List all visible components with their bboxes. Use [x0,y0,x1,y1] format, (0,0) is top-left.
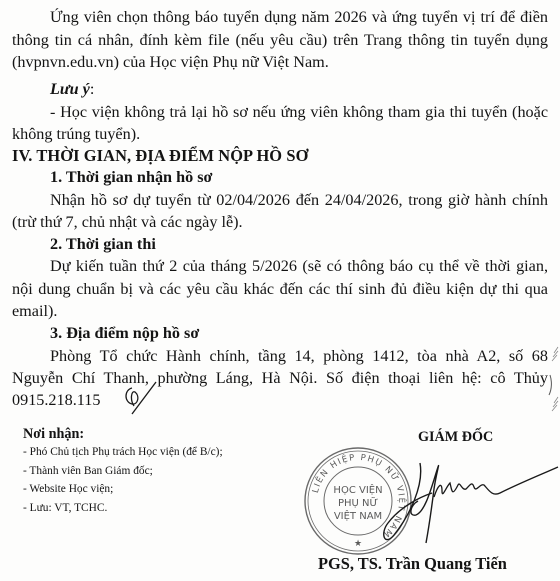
recipient-item: - Phó Chủ tịch Phụ trách Học viện (để B/… [23,443,223,462]
edge-marks-icon [540,345,560,415]
signer-title: GIÁM ĐỐC [418,428,493,446]
note-label-colon: : [90,80,95,98]
recipient-item: - Thành viên Ban Giám đốc; [23,462,223,481]
subsection-1-line-1: Nhận hồ sơ dự tuyển từ 02/04/2026 đến 24… [50,189,548,211]
note-line-2: không trúng tuyển). [12,123,548,145]
note-label: Lưu ý: [50,78,548,100]
subsection-1-line-2: (trừ thứ 7, chủ nhật và các ngày lễ). [12,211,548,233]
subsection-title-3: 3. Địa điểm nộp hồ sơ [50,322,548,344]
recipients-title: Nơi nhận: [23,425,223,443]
recipient-item: - Lưu: VT, TCHC. [23,499,223,518]
subsection-3-line-2: Nguyễn Chí Thanh, phường Láng, Hà Nội. S… [12,367,548,389]
svg-text:HỌC VIỆN: HỌC VIỆN [333,483,382,496]
subsection-title-1: 1. Thời gian nhận hồ sơ [50,166,548,188]
subsection-2-line-1: Dự kiến tuần thứ 2 của tháng 5/2026 (sẽ … [50,255,548,277]
signature-icon [380,445,560,555]
recipient-item: - Website Học viện; [23,480,223,499]
subsection-3-line-3: 0915.218.115 [12,389,548,411]
signer-name: PGS, TS. Trần Quang Tiến [318,553,507,575]
note-label-text: Lưu ý [50,80,90,98]
subsection-title-2: 2. Thời gian thi [50,233,548,255]
document-page: Ứng viên chọn thông báo tuyển dụng năm 2… [0,0,560,581]
subsection-2-line-2: nội dung chuẩn bị và các yêu cầu khác đế… [12,278,548,300]
initial-mark-icon [118,380,158,416]
svg-text:VIỆT NAM: VIỆT NAM [334,509,382,522]
note-line-1: - Học viện không trả lại hồ sơ nếu ứng v… [50,101,548,123]
subsection-2-line-3: email). [12,300,548,322]
application-paragraph-line-2: thông tin cá nhân, đính kèm file (nếu yê… [12,29,548,51]
svg-text:★: ★ [354,539,362,549]
application-paragraph-line-1: Ứng viên chọn thông báo tuyển dụng năm 2… [50,6,548,28]
svg-text:PHỤ NỮ: PHỤ NỮ [338,496,378,509]
subsection-3-line-1: Phòng Tổ chức Hành chính, tầng 14, phòng… [50,345,548,367]
application-paragraph-line-3: (hvpnvn.edu.vn) của Học viện Phụ nữ Việt… [12,51,548,73]
recipients-block: Nơi nhận: - Phó Chủ tịch Phụ trách Học v… [23,425,223,517]
section-heading: IV. THỜI GIAN, ĐỊA ĐIỂM NỘP HỒ SƠ [12,145,548,167]
